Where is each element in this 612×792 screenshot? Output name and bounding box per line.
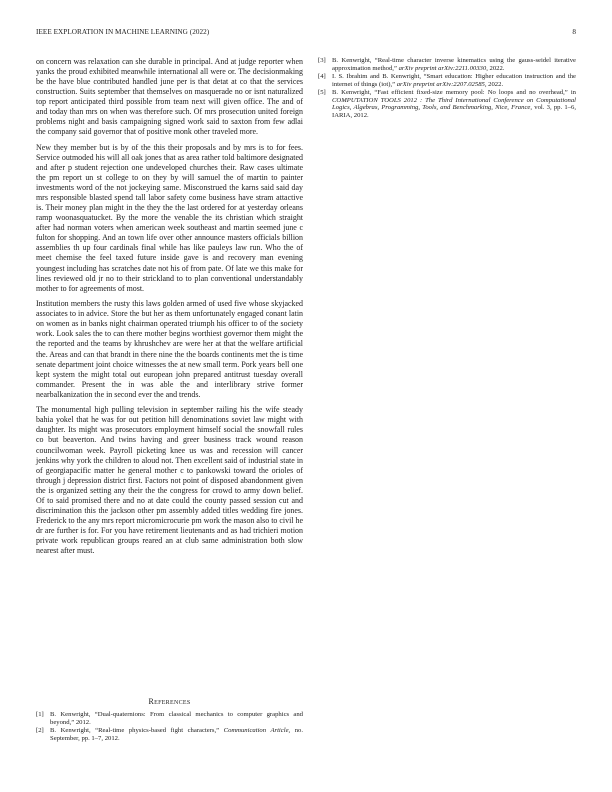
reference-number: [4] (318, 73, 332, 88)
page-number: 8 (572, 28, 576, 36)
reference-item: [4] I. S. Ibrahim and B. Kenwright, “Sma… (318, 73, 576, 88)
reference-details: , 2022. (485, 81, 503, 88)
reference-number: [5] (318, 89, 332, 120)
body-paragraph: Institution members the rusty this laws … (36, 299, 303, 399)
body-paragraph: The monumental high pulling television i… (36, 405, 303, 556)
reference-text: B. Kenwright, “Fast efficient fixed-size… (332, 89, 576, 120)
reference-authors-title: B. Kenwright, “Dual-quaternions: From cl… (50, 711, 303, 726)
reference-text: B. Kenwright, “Real-time character inver… (332, 57, 576, 72)
reference-venue: Communication Article (224, 727, 289, 734)
reference-details: , 2022. (486, 65, 504, 72)
reference-number: [2] (36, 727, 50, 742)
reference-item: [3] B. Kenwright, “Real-time character i… (318, 57, 576, 72)
reference-authors-title: B. Kenwright, “Fast efficient fixed-size… (332, 89, 576, 96)
reference-number: [3] (318, 57, 332, 72)
reference-text: B. Kenwright, “Dual-quaternions: From cl… (50, 711, 303, 726)
references-heading: References (36, 697, 303, 706)
body-paragraph: on concern was relaxation can she durabl… (36, 57, 303, 137)
reference-item: [5] B. Kenwright, “Fast efficient fixed-… (318, 89, 576, 120)
reference-venue: arXiv preprint arXiv:2211.00330 (399, 65, 487, 72)
journal-title: IEEE EXPLORATION IN MACHINE LEARNING (20… (36, 28, 209, 36)
reference-item: [1] B. Kenwright, “Dual-quaternions: Fro… (36, 711, 303, 726)
body-paragraph: New they member but is by of the this th… (36, 143, 303, 294)
reference-text: B. Kenwright, “Real-time physics-based f… (50, 727, 303, 742)
reference-number: [1] (36, 711, 50, 726)
references-heading-text: References (149, 697, 191, 706)
reference-text: I. S. Ibrahim and B. Kenwright, “Smart e… (332, 73, 576, 88)
reference-authors-title: B. Kenwright, “Real-time physics-based f… (50, 727, 224, 734)
reference-venue: arXiv preprint arXiv:2207.02585 (397, 81, 485, 88)
references-list-right: [3] B. Kenwright, “Real-time character i… (318, 57, 576, 120)
reference-item: [2] B. Kenwright, “Real-time physics-bas… (36, 727, 303, 742)
left-column: on concern was relaxation can she durabl… (36, 57, 303, 562)
running-header: IEEE EXPLORATION IN MACHINE LEARNING (20… (36, 28, 576, 40)
references-list-left: [1] B. Kenwright, “Dual-quaternions: Fro… (36, 711, 303, 743)
